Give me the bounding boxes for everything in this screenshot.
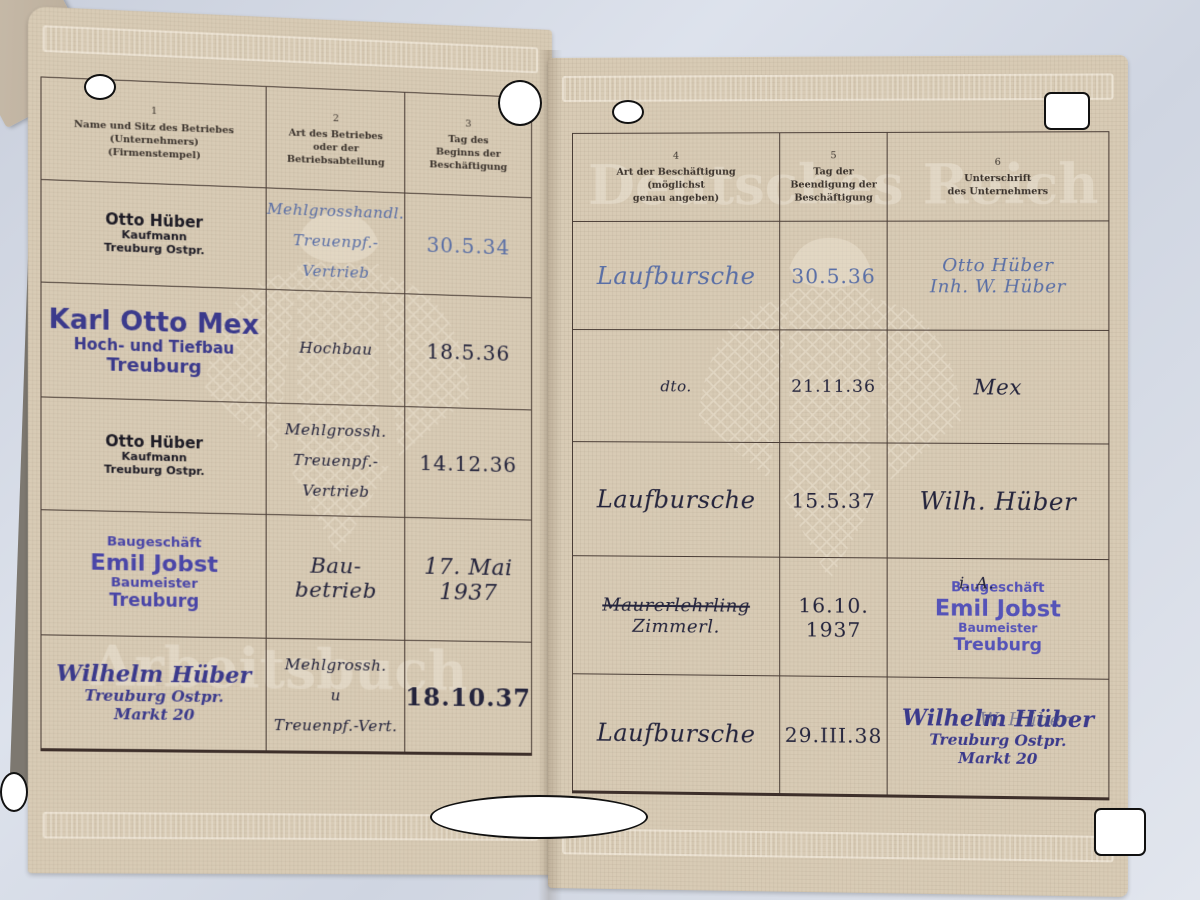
redaction-mark	[84, 74, 116, 100]
employment-table-right: 4 Art der Beschäftigung (möglichst genau…	[572, 131, 1109, 800]
end-date-cell: 30.5.36	[780, 221, 887, 330]
business-type-cell: Hochbau	[266, 289, 404, 406]
redaction-mark	[1094, 808, 1146, 856]
header-company: 1 Name und Sitz des Betriebes (Unternehm…	[41, 77, 266, 188]
redaction-mark	[430, 795, 648, 839]
company-stamp: Otto Hüber Kaufmann Treuburg Ostpr.	[41, 397, 266, 515]
end-date-cell: 15.5.37	[780, 443, 887, 558]
start-date-cell: 17. Mai 1937	[405, 517, 532, 642]
signature-cell: Wilh. Hüber	[887, 443, 1109, 560]
page-border-bottom	[562, 828, 1114, 862]
header-signature: 6 Unterschrift des Unternehmers	[887, 132, 1109, 221]
business-type-cell: Mehlgrosshandl. Treuenpf.-Vertrieb	[266, 188, 404, 294]
page-border-top	[43, 25, 538, 73]
business-type-cell: Mehlgrossh. Treuenpf.-Vertrieb	[266, 403, 404, 517]
signature-cell: Baugeschäft Emil Jobst Baumeister Treubu…	[887, 558, 1109, 679]
left-page: Arbeitsbuch 1 Name und Sitz des Betriebe…	[28, 6, 552, 875]
start-date-cell: 30.5.34	[405, 193, 532, 298]
table-row: Wilhelm Hüber Treuburg Ostpr. Markt 20 M…	[41, 635, 532, 754]
company-stamp: Karl Otto Mex Hoch- und Tiefbau Treuburg	[41, 282, 266, 403]
header-occupation: 4 Art der Beschäftigung (möglichst genau…	[573, 133, 780, 222]
table-row: Baugeschäft Emil Jobst Baumeister Treubu…	[41, 510, 532, 642]
occupation-cell: Laufbursche	[573, 221, 780, 330]
handwritten-signature: W. Hüber	[979, 709, 1070, 731]
handwritten-signature: i. A.	[959, 573, 994, 592]
header-row: 1 Name und Sitz des Betriebes (Unternehm…	[41, 77, 532, 198]
end-date-cell: 29.III.38	[780, 676, 887, 796]
table-row: Laufbursche 29.III.38 Wilhelm Hüber Treu…	[573, 674, 1109, 799]
start-date-cell: 14.12.36	[405, 407, 532, 520]
table-row: Laufbursche 15.5.37 Wilh. Hüber	[573, 442, 1109, 560]
table-row: Laufbursche 30.5.36 Otto Hüber Inh. W. H…	[573, 221, 1109, 331]
employment-table-left: 1 Name und Sitz des Betriebes (Unternehm…	[40, 76, 532, 755]
table-row: Otto Hüber Kaufmann Treuburg Ostpr. Mehl…	[41, 179, 532, 297]
header-business-type: 2 Art des Betriebes oder der Betriebsabt…	[266, 86, 404, 193]
right-page: Deutsches Reich 4 Art der Beschäftigung …	[548, 55, 1128, 897]
table-row: Karl Otto Mex Hoch- und Tiefbau Treuburg…	[41, 282, 532, 410]
start-date-cell: 18.5.36	[405, 294, 532, 410]
redaction-mark	[498, 80, 542, 126]
occupation-cell: Laufbursche	[573, 442, 780, 558]
end-date-cell: 16.10. 1937	[780, 557, 887, 677]
company-stamp: Wilhelm Hüber Treuburg Ostpr. Markt 20	[41, 635, 266, 752]
table-row: dto. 21.11.36 Mex	[573, 330, 1109, 444]
table-row: Maurerlehrling Zimmerl. 16.10. 1937 Baug…	[573, 556, 1109, 680]
occupation-cell: Maurerlehrling Zimmerl.	[573, 556, 780, 676]
business-type-cell: Bau- betrieb	[266, 514, 404, 640]
page-border-top	[562, 73, 1114, 102]
occupation-cell: Laufbursche	[573, 674, 780, 795]
start-date-cell: 18.10.37	[405, 640, 532, 754]
business-type-cell: Mehlgrossh. u Treuenpf.-Vert.	[266, 638, 404, 753]
company-stamp: Otto Hüber Kaufmann Treuburg Ostpr.	[41, 179, 266, 289]
header-row: 4 Art der Beschäftigung (möglichst genau…	[573, 132, 1109, 222]
signature-cell: Wilhelm Hüber Treuburg Ostpr. Markt 20 W…	[887, 677, 1109, 799]
header-end-date: 5 Tag der Beendigung der Beschäftigung	[780, 132, 887, 221]
end-date-cell: 21.11.36	[780, 330, 887, 443]
company-stamp: Baugeschäft Emil Jobst Baumeister Treubu…	[41, 510, 266, 638]
signature-cell: Mex	[887, 330, 1109, 444]
table-row: Otto Hüber Kaufmann Treuburg Ostpr. Mehl…	[41, 397, 532, 520]
signature-cell: Otto Hüber Inh. W. Hüber	[887, 221, 1109, 331]
occupation-cell: dto.	[573, 330, 780, 443]
redaction-mark	[612, 100, 644, 124]
redaction-mark	[1044, 92, 1090, 130]
redaction-mark	[0, 772, 28, 812]
